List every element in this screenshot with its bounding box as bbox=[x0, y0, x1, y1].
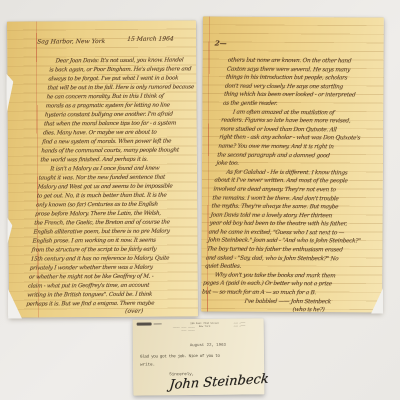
letterhead-address-line2: New York bbox=[188, 325, 222, 328]
letterhead-right-block: ——— ———— ——— ———— bbox=[234, 321, 261, 327]
letterhead-address: 206 East 72nd Street New York bbox=[188, 322, 222, 328]
page-curl bbox=[7, 218, 12, 244]
handwriting-line: the second paragraph and a damned good bbox=[217, 151, 382, 161]
handwriting-line: name? You owe me money. And it is right … bbox=[218, 142, 383, 152]
page-number: 2— bbox=[214, 39, 227, 48]
letter-place-heading: Sag Harbor, New York bbox=[37, 38, 106, 45]
over-note: (over) bbox=[125, 308, 144, 315]
page-curl bbox=[6, 74, 13, 114]
letterhead-redaction-mark-small bbox=[154, 323, 162, 325]
letter-page-1: Sag Harbor, New York 15 March 1964 Dear … bbox=[7, 20, 198, 317]
page-curl bbox=[8, 289, 22, 319]
handwriting-line: (who is he?) bbox=[200, 306, 365, 316]
page-curl bbox=[371, 287, 383, 313]
letter-page-2: 2— others but none are known. On the oth… bbox=[201, 16, 384, 312]
handwriting-body-page1: Dear Joan Davis: It's not usual, you kno… bbox=[26, 56, 205, 309]
letterhead-redaction-mark bbox=[137, 322, 152, 325]
typed-date: August 22, 1963 bbox=[190, 344, 226, 348]
handwriting-line: perhaps it is. But we find a enigma. The… bbox=[26, 299, 181, 309]
letter-date-heading: 15 March 1964 bbox=[127, 35, 174, 42]
typed-note: ———— ——— ———— ——— ———— 206 East 72nd Str… bbox=[133, 318, 265, 395]
handwriting-body-page2: others but none are known. On the other … bbox=[200, 57, 393, 316]
handwriting-line: involved are dead anyway. They're not ev… bbox=[213, 185, 378, 195]
typed-body-line1: Glad you got the job. Nice of you to bbox=[140, 355, 220, 360]
letterhead-right-line2: ——— ———— bbox=[234, 324, 261, 327]
letter-photo: Sag Harbor, New York 15 March 1964 Dear … bbox=[0, 0, 400, 400]
typed-body-line2: write. bbox=[140, 363, 155, 367]
